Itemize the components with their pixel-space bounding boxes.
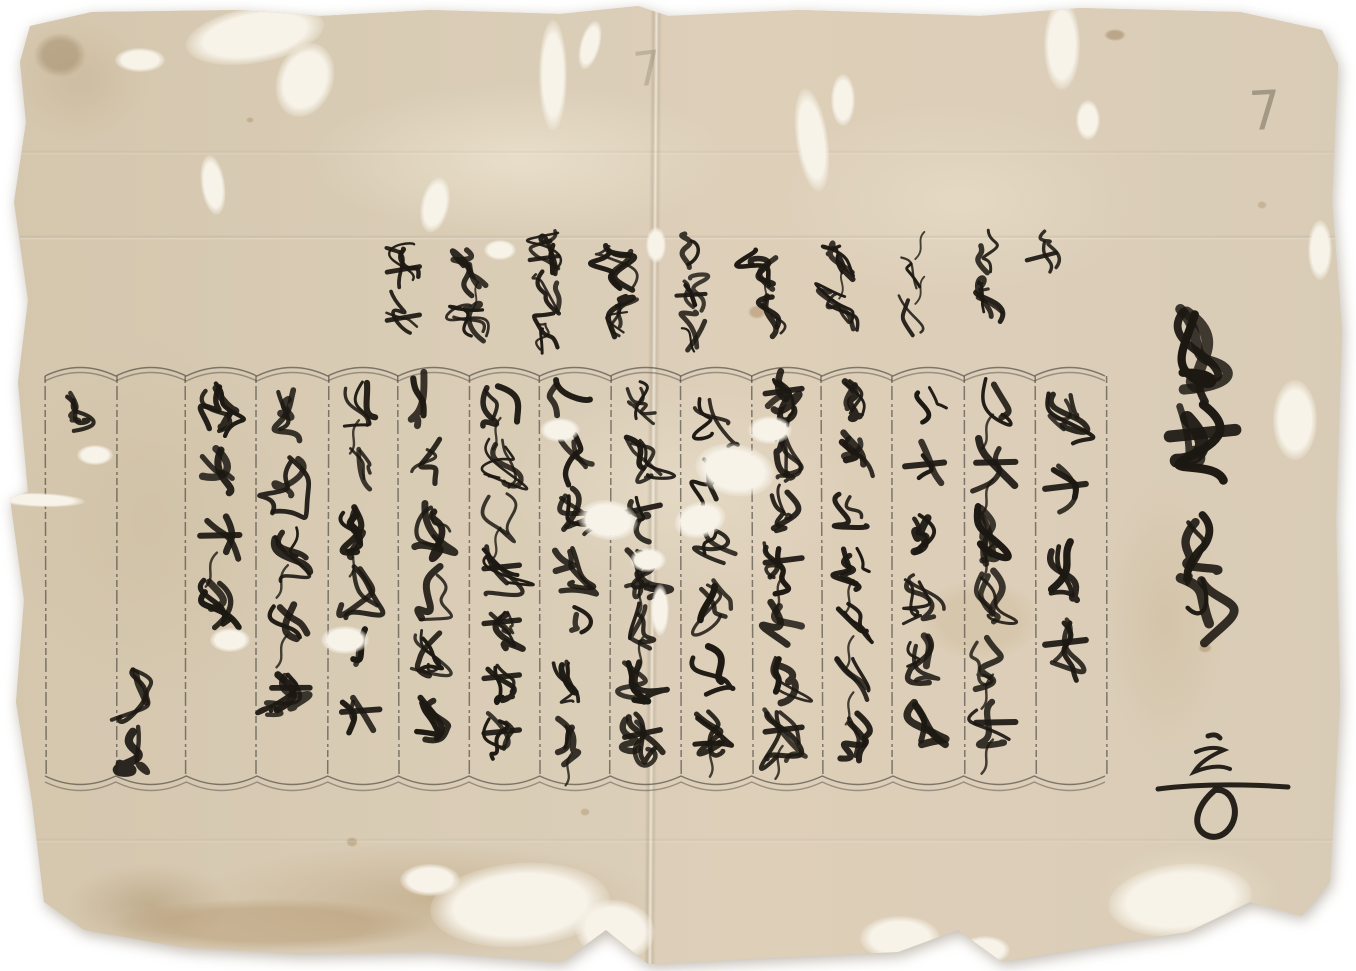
damage-patch: [115, 48, 165, 72]
damage-patch: [860, 916, 940, 960]
damage-patch: [540, 418, 580, 442]
damage-patch: [0, 491, 85, 508]
damage-patch-layer: [0, 0, 1356, 971]
damage-patch: [646, 227, 666, 263]
damage-patch: [1273, 380, 1317, 460]
damage-patch: [415, 175, 454, 236]
pencil-annotation: 7: [631, 45, 665, 96]
damage-patch: [1076, 100, 1100, 140]
damage-patch: [630, 548, 666, 572]
pencil-annotation: 7: [1248, 83, 1283, 139]
damage-patch: [1308, 220, 1332, 280]
damage-patch: [484, 240, 516, 260]
damage-patch: [691, 437, 779, 502]
damage-patch: [1044, 0, 1080, 90]
damage-patch: [1105, 857, 1256, 944]
damage-patch: [789, 86, 835, 193]
photograph-of-letter: 7 7: [0, 0, 1356, 971]
damage-patch: [400, 864, 460, 896]
damage-patch: [574, 18, 606, 71]
damage-patch: [576, 497, 640, 543]
damage-patch: [748, 416, 792, 444]
damage-patch: [539, 20, 567, 130]
letter-paper: 7 7: [0, 0, 1356, 971]
damage-patch: [321, 626, 369, 654]
damage-patch: [960, 936, 1010, 964]
damage-patch: [651, 584, 669, 636]
damage-patch: [831, 74, 855, 126]
damage-patch: [77, 445, 113, 465]
damage-patch: [670, 496, 729, 544]
damage-patch: [197, 154, 229, 217]
paper-shadow-wrap: 7 7: [0, 0, 1356, 971]
damage-patch: [210, 628, 250, 652]
